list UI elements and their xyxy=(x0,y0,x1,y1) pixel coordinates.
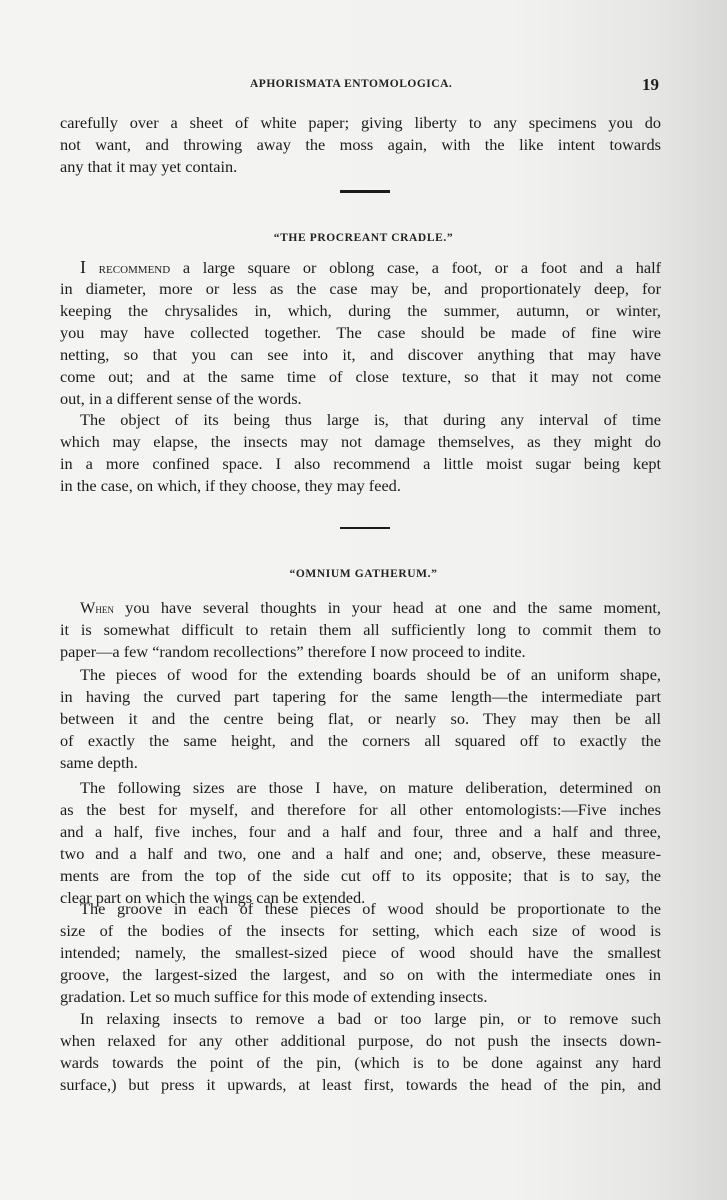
section-title-omnium-gatherum: “OMNIUM GATHERUM.” xyxy=(0,568,727,580)
text-line: netting, so that you can see into it, an… xyxy=(60,344,661,366)
section1-paragraph-1: I recommend a large square or oblong cas… xyxy=(60,256,661,410)
text-fragment: you have several thoughts in your head a… xyxy=(114,598,661,617)
initial-letter: W xyxy=(80,598,95,617)
text-line: in the case, on which, if they choose, t… xyxy=(60,475,661,497)
section2-paragraph-5: In relaxing insects to remove a bad or t… xyxy=(60,1008,661,1096)
text-line: you may have collected together. The cas… xyxy=(60,322,661,344)
small-caps-word: recommend xyxy=(86,258,170,277)
text-line: The following sizes are those I have, on… xyxy=(60,777,661,799)
section-divider xyxy=(340,527,390,529)
text-line: surface,) but press it upwards, at least… xyxy=(60,1074,661,1096)
text-line: which may elapse, the insects may not da… xyxy=(60,431,661,453)
text-line: wards towards the point of the pin, (whi… xyxy=(60,1052,661,1074)
section2-paragraph-2: The pieces of wood for the extending boa… xyxy=(60,664,661,774)
text-line: gradation. Let so much suffice for this … xyxy=(60,986,661,1008)
text-line: not want, and throwing away the moss aga… xyxy=(60,134,661,156)
section1-paragraph-2: The object of its being thus large is, t… xyxy=(60,409,661,497)
text-line: as the best for myself, and therefore fo… xyxy=(60,799,661,821)
section2-paragraph-1: When you have several thoughts in your h… xyxy=(60,597,661,663)
text-line: When you have several thoughts in your h… xyxy=(60,597,661,619)
text-line: groove, the largest-sized the largest, a… xyxy=(60,964,661,986)
section-divider xyxy=(340,190,390,193)
text-line: any that it may yet contain. xyxy=(60,156,661,178)
text-line: intended; namely, the smallest-sized pie… xyxy=(60,942,661,964)
text-line: The groove in each of these pieces of wo… xyxy=(60,898,661,920)
page-number: 19 xyxy=(642,75,659,95)
text-line: in having the curved part tapering for t… xyxy=(60,686,661,708)
text-line: keeping the chrysalides in, which, durin… xyxy=(60,300,661,322)
text-line: carefully over a sheet of white paper; g… xyxy=(60,112,661,134)
text-line: in diameter, more or less as the case ma… xyxy=(60,278,661,300)
text-line: and a half, five inches, four and a half… xyxy=(60,821,661,843)
text-line: two and a half and two, one and a half a… xyxy=(60,843,661,865)
intro-paragraph: carefully over a sheet of white paper; g… xyxy=(60,112,661,178)
text-line: same depth. xyxy=(60,752,661,774)
text-line: of exactly the same height, and the corn… xyxy=(60,730,661,752)
section2-paragraph-4: The groove in each of these pieces of wo… xyxy=(60,898,661,1008)
running-head: APHORISMATA ENTOMOLOGICA. xyxy=(250,78,452,90)
text-line: The object of its being thus large is, t… xyxy=(60,409,661,431)
text-line: I recommend a large square or oblong cas… xyxy=(60,256,661,278)
section2-paragraph-3: The following sizes are those I have, on… xyxy=(60,777,661,909)
section-title-procreant-cradle: “THE PROCREANT CRADLE.” xyxy=(0,232,727,244)
text-line: paper—a few “random recollections” there… xyxy=(60,641,661,663)
text-line: it is somewhat difficult to retain them … xyxy=(60,619,661,641)
small-caps-word: hen xyxy=(95,601,114,616)
text-line: between it and the centre being flat, or… xyxy=(60,708,661,730)
text-line: The pieces of wood for the extending boa… xyxy=(60,664,661,686)
text-line: size of the bodies of the insects for se… xyxy=(60,920,661,942)
text-line: when relaxed for any other additional pu… xyxy=(60,1030,661,1052)
text-line: out, in a different sense of the words. xyxy=(60,388,661,410)
text-fragment: a large square or oblong case, a foot, o… xyxy=(170,258,661,277)
text-line: come out; and at the same time of close … xyxy=(60,366,661,388)
text-line: In relaxing insects to remove a bad or t… xyxy=(60,1008,661,1030)
text-line: ments are from the top of the side cut o… xyxy=(60,865,661,887)
text-line: in a more confined space. I also recomme… xyxy=(60,453,661,475)
